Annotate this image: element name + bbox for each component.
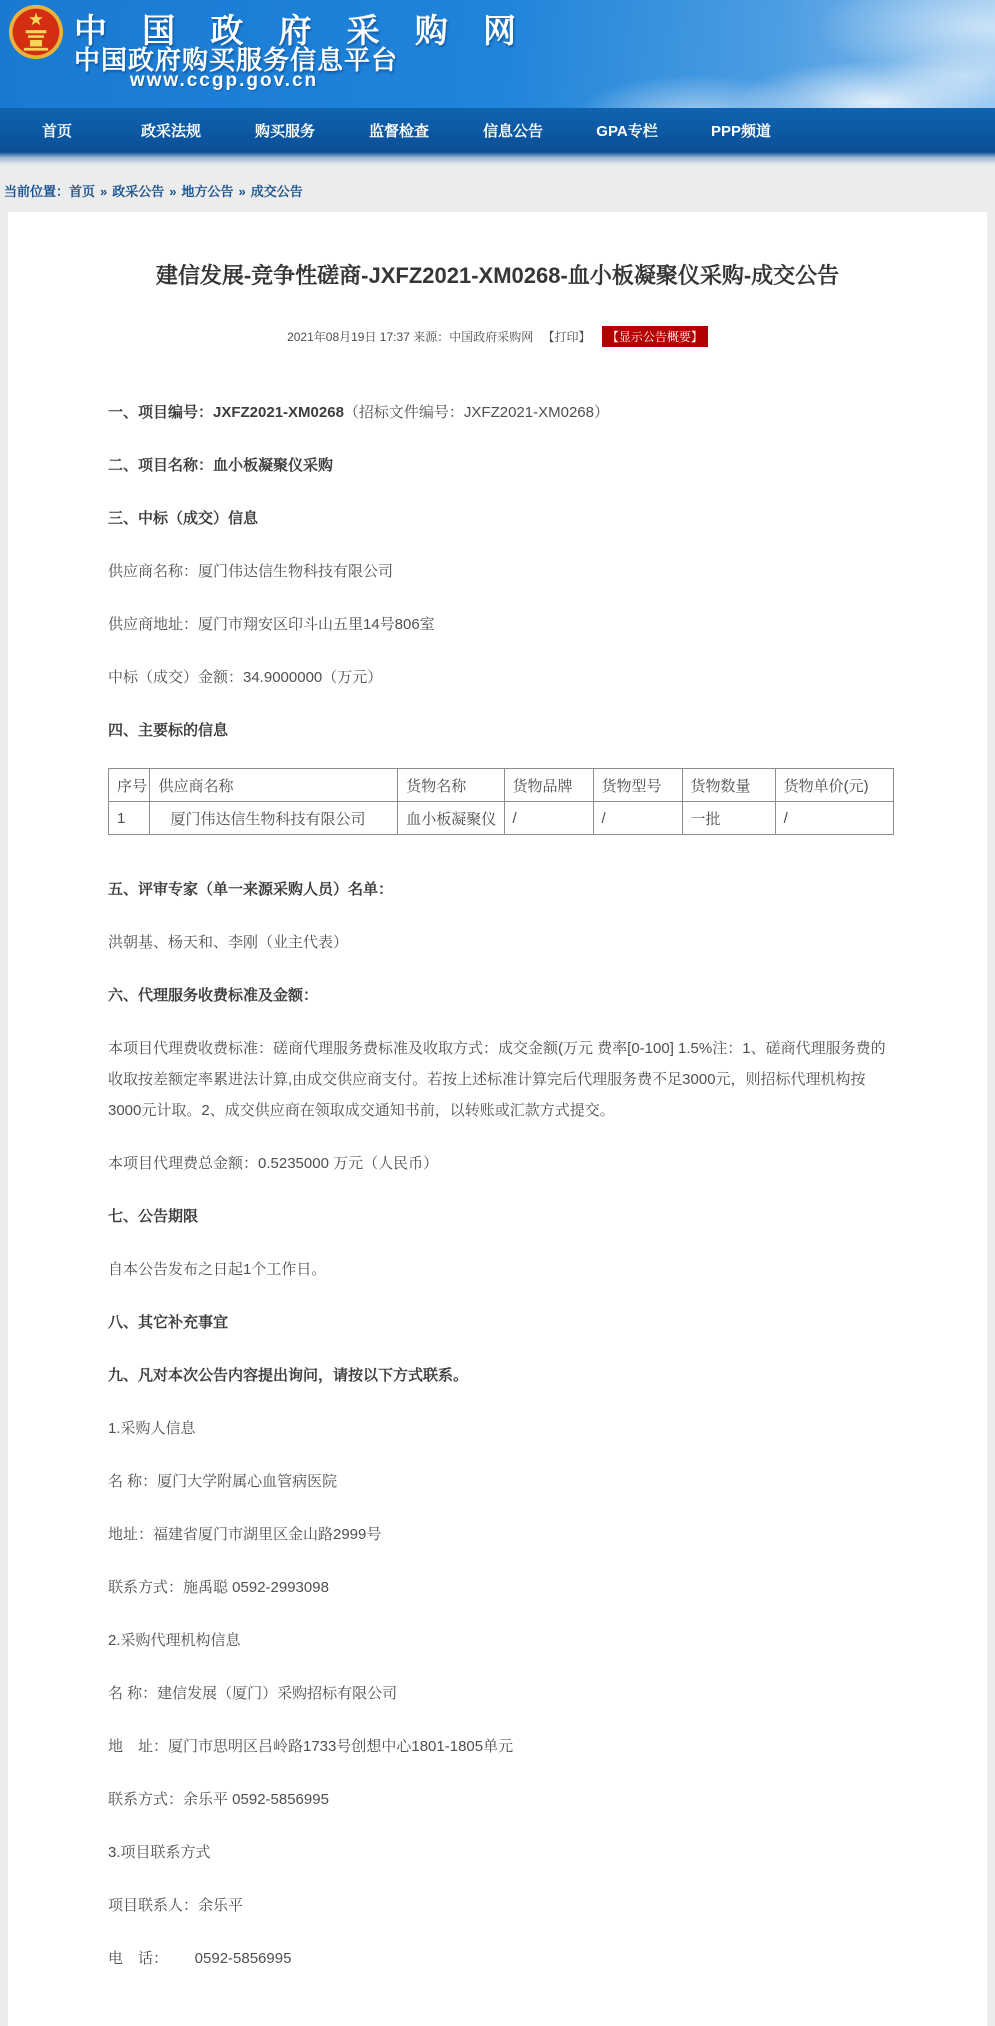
section-heading-text: 七、公告期限 <box>108 1208 198 1225</box>
article-body: 一、项目编号：JXFZ2021-XM0268（招标文件编号：JXFZ2021-X… <box>108 397 898 1974</box>
table-cell: / <box>775 802 893 835</box>
paragraph-text: 地址：福建省厦门市湖里区金山路2999号 <box>108 1526 381 1543</box>
breadcrumb-label: 当前位置： <box>4 184 69 199</box>
paragraph-text: 名 称：厦门大学附属心血管病医院 <box>108 1473 337 1490</box>
goods-table-header: 货物型号 <box>593 769 682 802</box>
doc-paragraph: 六、代理服务收费标准及金额： <box>108 980 898 1011</box>
announcement-card: 建信发展-竞争性磋商-JXFZ2021-XM0268-血小板凝聚仪采购-成交公告… <box>8 212 987 2026</box>
paragraph-text: 洪朝基、杨天和、李刚（业主代表） <box>108 934 348 951</box>
doc-paragraph: 二、项目名称：血小板凝聚仪采购 <box>108 450 898 481</box>
table-cell: 一批 <box>682 802 775 835</box>
show-summary-button[interactable]: 【显示公告概要】 <box>602 326 708 347</box>
table-cell: / <box>593 802 682 835</box>
goods-table-header: 供应商名称 <box>150 769 398 802</box>
paragraph-text: 3.项目联系方式 <box>108 1844 211 1861</box>
doc-paragraph: 名 称：厦门大学附属心血管病医院 <box>108 1466 898 1497</box>
paragraph-text: （招标文件编号：JXFZ2021-XM0268） <box>344 404 609 421</box>
paragraph-text: 1.采购人信息 <box>108 1420 196 1437</box>
nav-item-7[interactable]: PPP频道 <box>684 120 798 141</box>
doc-paragraph: 中标（成交）金额：34.9000000（万元） <box>108 662 898 693</box>
nav-item-6[interactable]: GPA专栏 <box>570 120 684 141</box>
section-heading-text: 五、评审专家（单一来源采购人员）名单： <box>108 881 393 898</box>
doc-paragraph: 1.采购人信息 <box>108 1413 898 1444</box>
nav-item-4[interactable]: 监督检查 <box>342 120 456 141</box>
doc-paragraph: 四、主要标的信息 <box>108 715 898 746</box>
goods-table: 序号供应商名称货物名称货物品牌货物型号货物数量货物单价(元) 1厦门伟达信生物科… <box>108 768 894 835</box>
paragraph-text: 地 址：厦门市思明区吕岭路1733号创想中心1801-1805单元 <box>108 1738 513 1755</box>
doc-paragraph: 联系方式：余乐平 0592-5856995 <box>108 1784 898 1815</box>
section-heading-text: 三、中标（成交）信息 <box>108 510 258 527</box>
source-label: 来源：中国政府采购网 <box>413 330 533 344</box>
doc-paragraph: 供应商名称：厦门伟达信生物科技有限公司 <box>108 556 898 587</box>
goods-table-header: 货物名称 <box>398 769 504 802</box>
article-meta: 2021年08月19日 17:37 来源：中国政府采购网 【打印】 【显示公告概… <box>8 326 987 347</box>
site-url[interactable]: www.ccgp.gov.cn <box>74 70 374 92</box>
breadcrumb-link-2[interactable]: 政采公告 <box>112 184 164 199</box>
doc-paragraph: 七、公告期限 <box>108 1201 898 1232</box>
paragraph-text: 电 话： 0592-5856995 <box>108 1950 291 1967</box>
paragraph-text: 项目联系人：余乐平 <box>108 1897 243 1914</box>
goods-table-header: 货物品牌 <box>504 769 593 802</box>
doc-paragraph: 3.项目联系方式 <box>108 1837 898 1868</box>
doc-paragraph: 八、其它补充事宜 <box>108 1307 898 1338</box>
paragraph-text: 本项目代理费收费标准：磋商代理服务费标准及收取方式：成交金额(万元 费率[0-1… <box>108 1040 886 1119</box>
table-cell: 血小板凝聚仪 <box>398 802 504 835</box>
doc-paragraph: 联系方式：施禹聪 0592-2993098 <box>108 1572 898 1603</box>
nav-item-2[interactable]: 政采法规 <box>114 120 228 141</box>
paragraph-text: 2.采购代理机构信息 <box>108 1632 241 1649</box>
doc-paragraph: 供应商地址：厦门市翔安区印斗山五里14号806室 <box>108 609 898 640</box>
table-cell: 厦门伟达信生物科技有限公司 <box>150 802 398 835</box>
table-cell: / <box>504 802 593 835</box>
paragraph-text: 本项目代理费总金额：0.5235000 万元（人民币） <box>108 1155 438 1172</box>
paragraph-text: 中标（成交）金额：34.9000000（万元） <box>108 669 382 686</box>
print-button[interactable]: 【打印】 <box>543 330 591 344</box>
nav-item-1[interactable]: 首页 <box>0 120 114 141</box>
doc-paragraph: 五、评审专家（单一来源采购人员）名单： <box>108 874 898 905</box>
paragraph-text: 供应商地址：厦门市翔安区印斗山五里14号806室 <box>108 616 435 633</box>
doc-paragraph: 项目联系人：余乐平 <box>108 1890 898 1921</box>
paragraph-text: 联系方式：余乐平 0592-5856995 <box>108 1791 329 1808</box>
section-heading-text: 九、凡对本次公告内容提出询问，请按以下方式联系。 <box>108 1367 468 1384</box>
main-nav: 首页政采法规购买服务监督检查信息公告GPA专栏PPP频道 <box>0 108 995 152</box>
doc-paragraph: 三、中标（成交）信息 <box>108 503 898 534</box>
breadcrumb: 当前位置：首页»政采公告»地方公告»成交公告 <box>0 168 995 212</box>
paragraph-text: 自本公告发布之日起1个工作日。 <box>108 1261 326 1278</box>
nav-item-5[interactable]: 信息公告 <box>456 120 570 141</box>
section-heading-text: 六、代理服务收费标准及金额： <box>108 987 318 1004</box>
doc-paragraph: 地址：福建省厦门市湖里区金山路2999号 <box>108 1519 898 1550</box>
breadcrumb-separator: » <box>239 184 246 199</box>
doc-paragraph: 电 话： 0592-5856995 <box>108 1943 898 1974</box>
doc-paragraph: 九、凡对本次公告内容提出询问，请按以下方式联系。 <box>108 1360 898 1391</box>
paragraph-text: 供应商名称：厦门伟达信生物科技有限公司 <box>108 563 393 580</box>
paragraph-text: 名 称：建信发展（厦门）采购招标有限公司 <box>108 1685 397 1702</box>
doc-paragraph: 本项目代理费收费标准：磋商代理服务费标准及收取方式：成交金额(万元 费率[0-1… <box>108 1033 898 1126</box>
doc-paragraph: 洪朝基、杨天和、李刚（业主代表） <box>108 927 898 958</box>
doc-paragraph: 一、项目编号：JXFZ2021-XM0268（招标文件编号：JXFZ2021-X… <box>108 397 898 428</box>
section-heading-text: 四、主要标的信息 <box>108 722 228 739</box>
nav-fade-divider <box>0 152 995 168</box>
section-heading-text: 二、项目名称：血小板凝聚仪采购 <box>108 457 333 474</box>
goods-table-header: 货物单价(元) <box>775 769 893 802</box>
national-emblem-icon <box>8 4 64 60</box>
site-header: 中 国 政 府 采 购 网 中国政府购买服务信息平台 www.ccgp.gov.… <box>0 0 995 108</box>
section-heading-text: 八、其它补充事宜 <box>108 1314 228 1331</box>
doc-paragraph: 自本公告发布之日起1个工作日。 <box>108 1254 898 1285</box>
breadcrumb-separator: » <box>169 184 176 199</box>
publish-datetime: 2021年08月19日 17:37 <box>287 330 410 344</box>
breadcrumb-link-3[interactable]: 地方公告 <box>182 184 234 199</box>
nav-item-3[interactable]: 购买服务 <box>228 120 342 141</box>
doc-paragraph: 地 址：厦门市思明区吕岭路1733号创想中心1801-1805单元 <box>108 1731 898 1762</box>
doc-paragraph: 本项目代理费总金额：0.5235000 万元（人民币） <box>108 1148 898 1179</box>
paragraph-text: 联系方式：施禹聪 0592-2993098 <box>108 1579 329 1596</box>
section-heading-text: 一、项目编号：JXFZ2021-XM0268 <box>108 404 344 421</box>
page-title: 建信发展-竞争性磋商-JXFZ2021-XM0268-血小板凝聚仪采购-成交公告 <box>8 212 987 292</box>
goods-table-header: 序号 <box>109 769 150 802</box>
table-cell: 1 <box>109 802 150 835</box>
table-row: 1厦门伟达信生物科技有限公司血小板凝聚仪//一批/ <box>109 802 894 835</box>
breadcrumb-link-4[interactable]: 成交公告 <box>251 184 303 199</box>
doc-paragraph: 2.采购代理机构信息 <box>108 1625 898 1656</box>
breadcrumb-link-1[interactable]: 首页 <box>69 184 95 199</box>
goods-table-header: 货物数量 <box>682 769 775 802</box>
doc-paragraph: 名 称：建信发展（厦门）采购招标有限公司 <box>108 1678 898 1709</box>
breadcrumb-separator: » <box>100 184 107 199</box>
